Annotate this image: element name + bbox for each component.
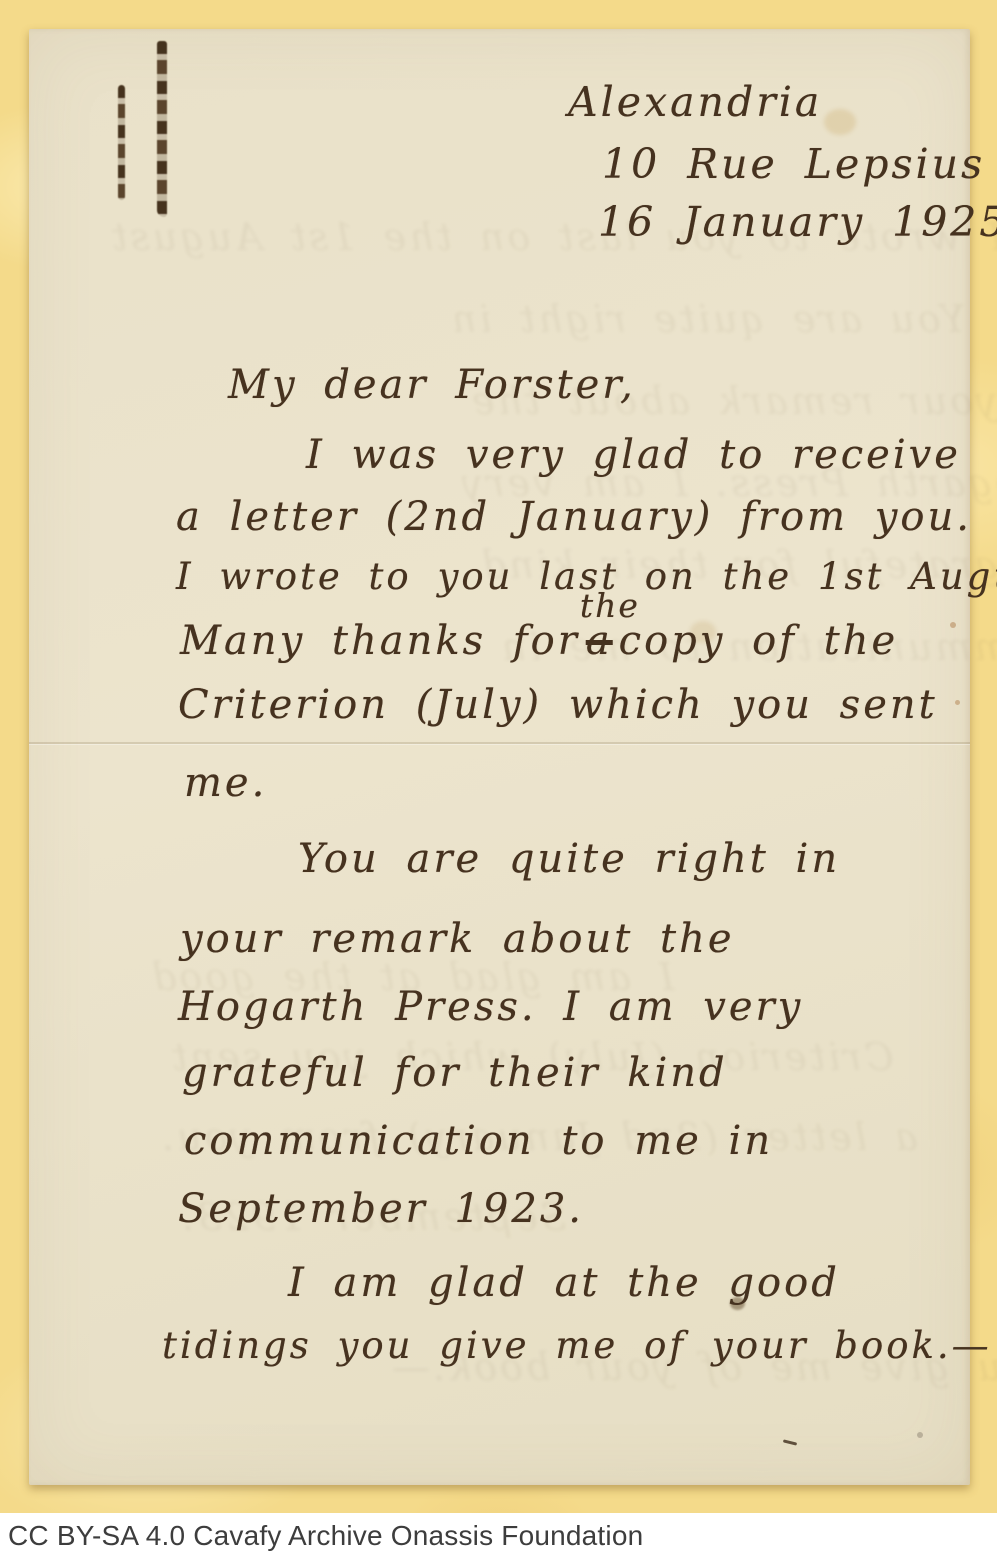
correction-post-text: copy of the: [619, 618, 899, 664]
letter-line: a letter (2nd January) from you.: [176, 494, 972, 540]
paper-speck: [917, 1432, 923, 1438]
letter-line: I was very glad to receive: [306, 432, 961, 478]
letter-line: I am glad at the good: [288, 1260, 840, 1306]
letter-page: I wrote to you last on the 1st August Yo…: [29, 29, 970, 1485]
inserted-word: the: [580, 586, 640, 625]
stray-ink-mark: [783, 1439, 797, 1445]
show-through-text: You are quite right in: [449, 297, 966, 341]
letter-line: me.: [184, 760, 267, 806]
paper-stain: [824, 109, 856, 135]
fold-crease: [29, 742, 970, 744]
salutation: My dear Forster,: [228, 362, 636, 408]
header-place: Alexandria: [568, 78, 822, 126]
letter-line: grateful for their kind: [182, 1050, 728, 1096]
letter-line: tidings you give me of your book.—: [162, 1324, 992, 1367]
letter-line-with-correction: Many thanks fortheacopy of the: [180, 618, 898, 664]
header-address: 10 Rue Lepsius: [602, 140, 985, 188]
letter-line: communication to me in: [184, 1118, 773, 1164]
rust-speck: [955, 700, 960, 705]
license-text: CC BY-SA 4.0 Cavafy Archive Onassis Foun…: [8, 1520, 643, 1552]
binding-mark-right: [157, 41, 167, 217]
correction: thea: [586, 618, 613, 664]
header-date: 16 January 1925: [598, 198, 997, 246]
rust-speck: [950, 622, 956, 628]
binding-mark-left: [118, 85, 125, 200]
license-bar: CC BY-SA 4.0 Cavafy Archive Onassis Foun…: [0, 1513, 997, 1559]
letter-line: Criterion (July) which you sent: [178, 682, 938, 728]
letter-line: your remark about the: [180, 916, 735, 962]
letter-line: Hogarth Press. I am very: [178, 984, 803, 1030]
letter-line: September 1923.: [178, 1186, 584, 1232]
letter-line: You are quite right in: [298, 836, 840, 882]
correction-pre-text: Many thanks for: [180, 618, 580, 664]
